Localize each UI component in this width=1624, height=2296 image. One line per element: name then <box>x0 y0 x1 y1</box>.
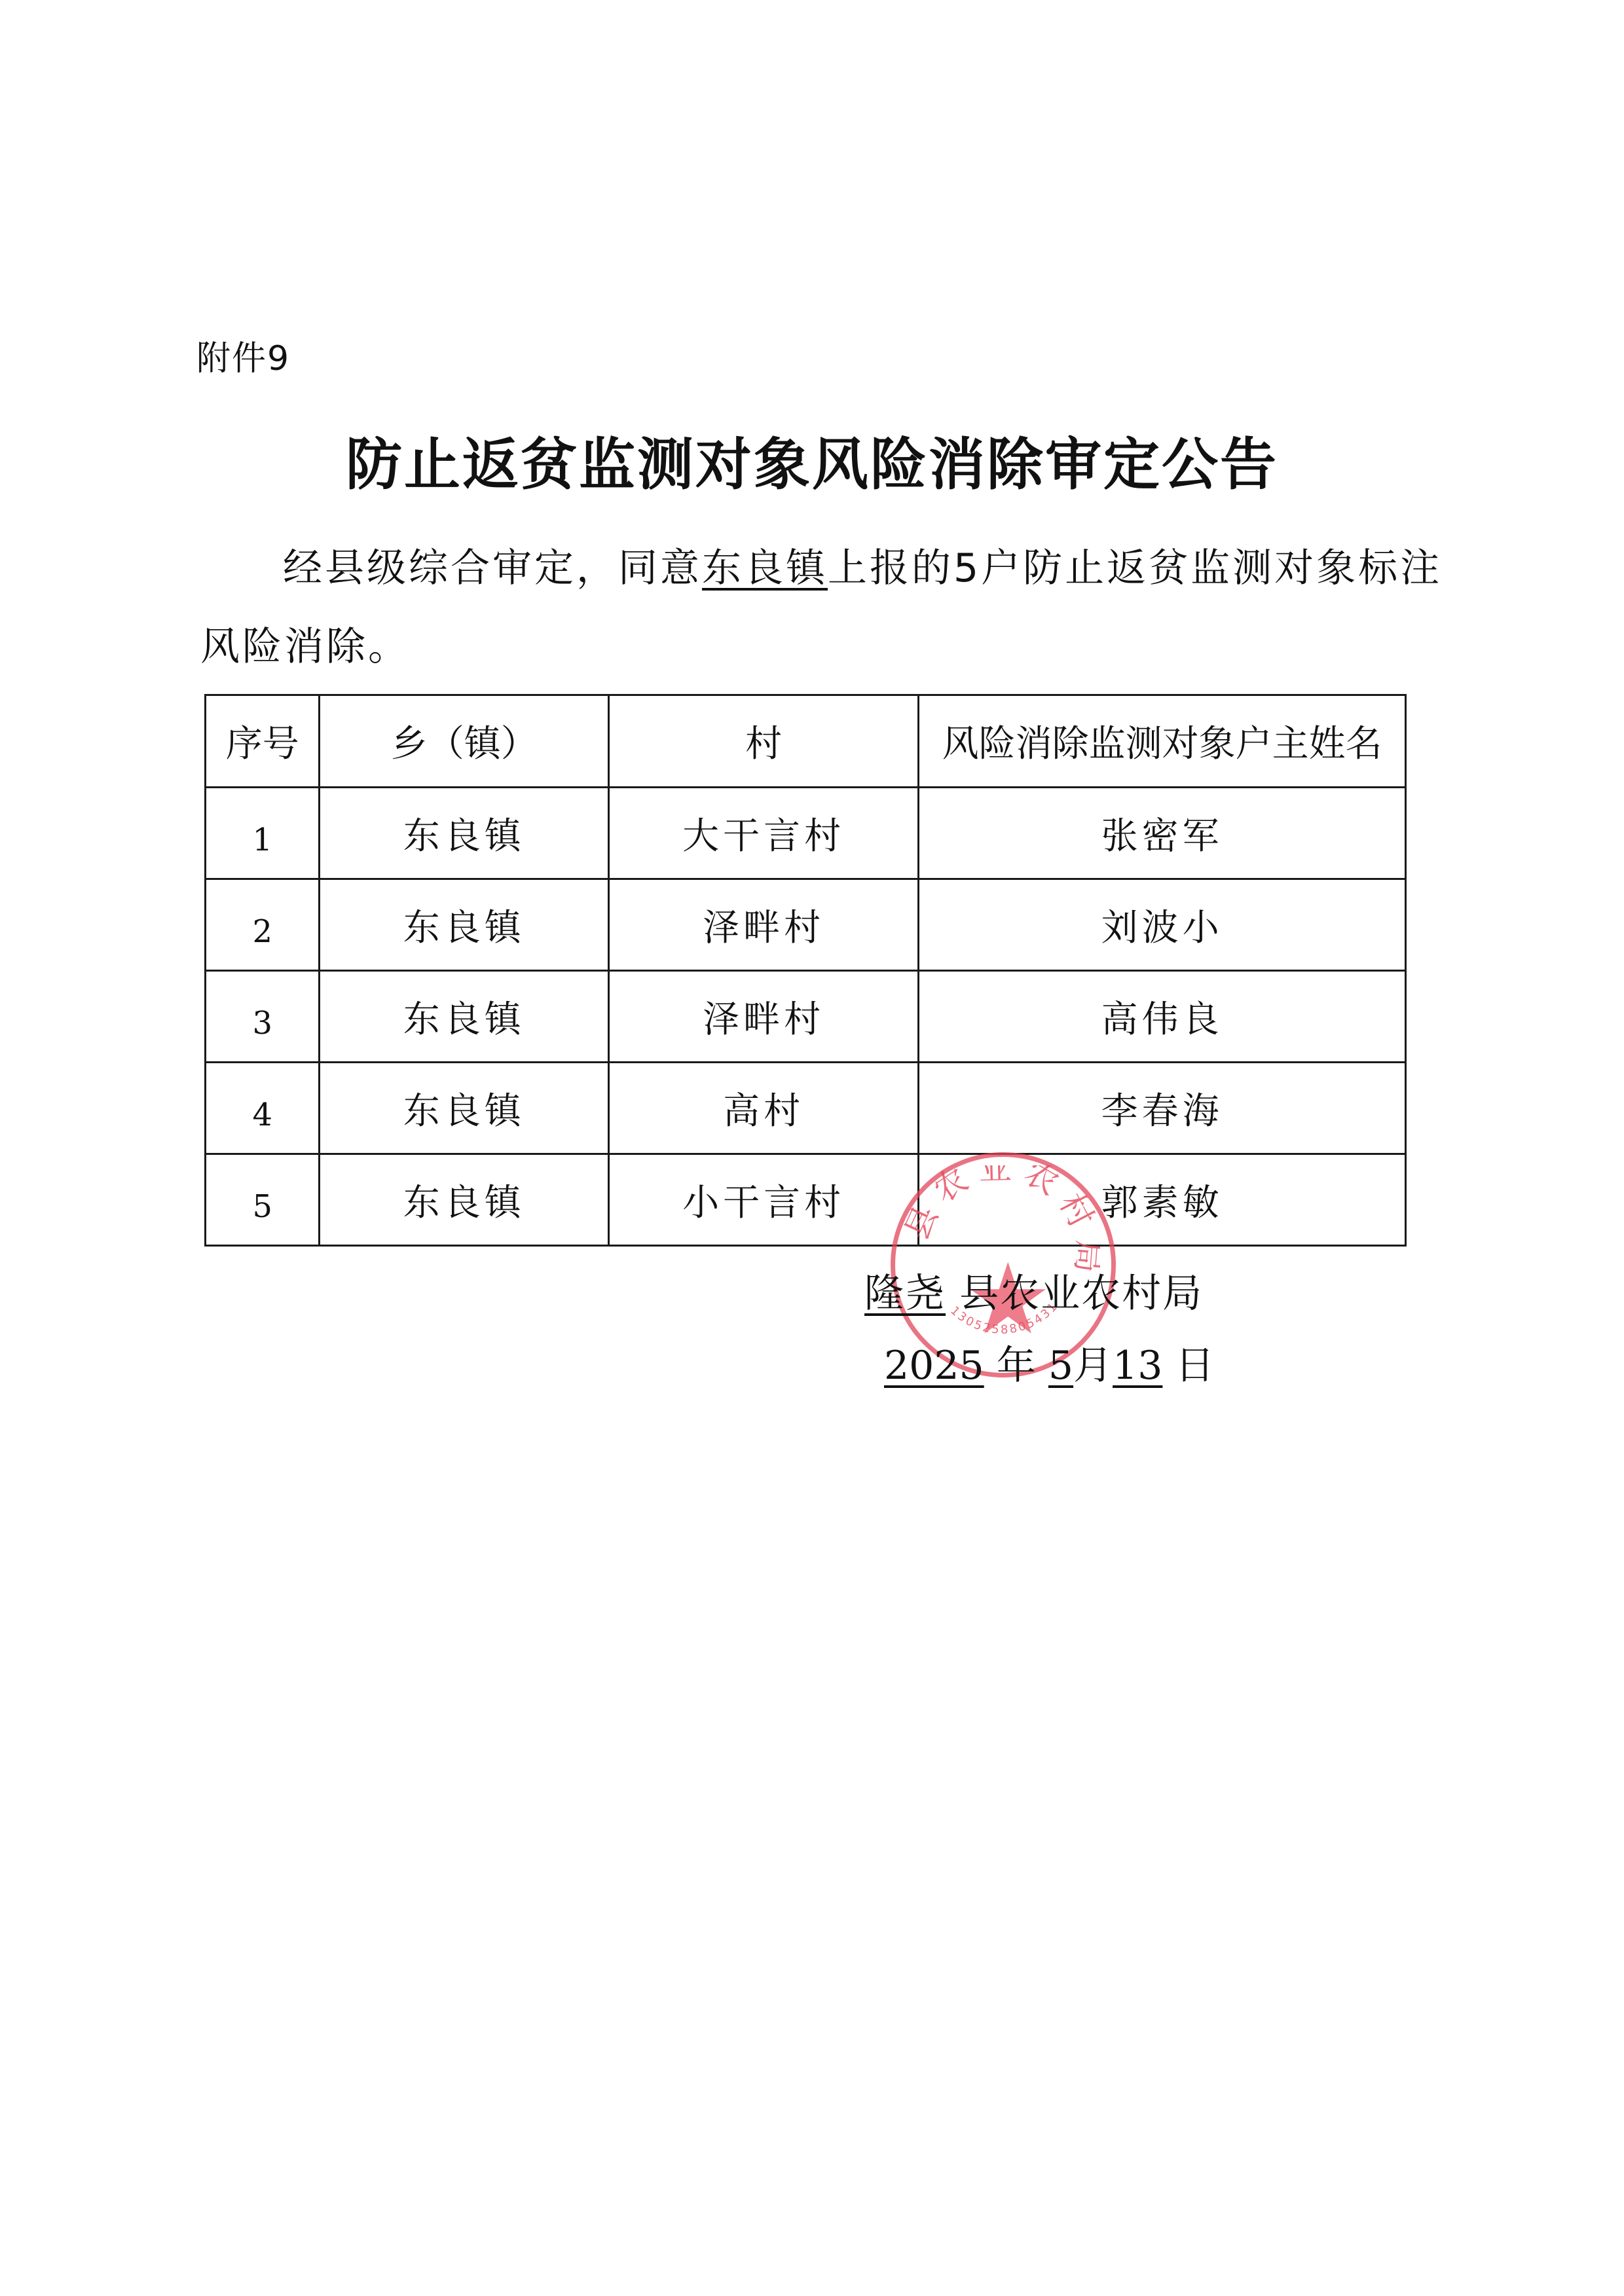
date-year-label: 年 <box>997 1343 1036 1389</box>
announcement-paragraph: 经县级综合审定，同意东良镇上报的5户防止返贫监测对象标注风险消除。 <box>200 529 1445 686</box>
table-row: 2 东良镇 泽畔村 刘波小 <box>206 879 1406 971</box>
date-day: 13 <box>1113 1343 1162 1389</box>
cell-no: 5 <box>206 1154 320 1246</box>
cell-no: 3 <box>206 971 320 1063</box>
document-title: 防止返贫监测对象风险消除审定公告 <box>0 419 1624 500</box>
attachment-label: 附件9 <box>196 331 290 380</box>
cell-town: 东良镇 <box>320 971 609 1063</box>
cell-town: 东良镇 <box>320 1154 609 1246</box>
paragraph-town: 东良镇 <box>702 545 828 591</box>
issuer-org: 县农业农村局 <box>959 1271 1203 1317</box>
issue-date: 2025 年 5月13 日 <box>884 1334 1214 1391</box>
cell-name: 张密军 <box>919 788 1406 879</box>
cell-name: 李春海 <box>919 1063 1406 1154</box>
cell-no: 2 <box>206 879 320 971</box>
cell-town: 东良镇 <box>320 879 609 971</box>
cell-no: 4 <box>206 1063 320 1154</box>
header-no: 序号 <box>206 695 320 788</box>
risk-elimination-table: 序号 乡（镇） 村 风险消除监测对象户主姓名 1 东良镇 大干言村 张密军 2 … <box>204 694 1407 1247</box>
issuer-signature: 隆尧 县农业农村局 <box>864 1262 1203 1319</box>
table-row: 5 东良镇 小干言村 郭素敏 <box>206 1154 1406 1246</box>
header-town: 乡（镇） <box>320 695 609 788</box>
cell-no: 1 <box>206 788 320 879</box>
cell-village: 泽畔村 <box>609 879 919 971</box>
cell-town: 东良镇 <box>320 1063 609 1154</box>
cell-village: 小干言村 <box>609 1154 919 1246</box>
issuer-county: 隆尧 <box>864 1271 946 1317</box>
cell-village: 泽畔村 <box>609 971 919 1063</box>
paragraph-prefix: 经县级综合审定，同意 <box>283 545 702 591</box>
header-householder: 风险消除监测对象户主姓名 <box>919 695 1406 788</box>
date-day-label: 日 <box>1175 1343 1214 1389</box>
cell-name: 高伟良 <box>919 971 1406 1063</box>
date-month-label: 月 <box>1073 1343 1113 1389</box>
table-header-row: 序号 乡（镇） 村 风险消除监测对象户主姓名 <box>206 695 1406 788</box>
header-village: 村 <box>609 695 919 788</box>
cell-village: 大干言村 <box>609 788 919 879</box>
table-row: 1 东良镇 大干言村 张密军 <box>206 788 1406 879</box>
cell-town: 东良镇 <box>320 788 609 879</box>
cell-village: 高村 <box>609 1063 919 1154</box>
date-year: 2025 <box>884 1343 984 1389</box>
cell-name: 刘波小 <box>919 879 1406 971</box>
date-month: 5 <box>1048 1343 1073 1389</box>
table-row: 3 东良镇 泽畔村 高伟良 <box>206 971 1406 1063</box>
table-row: 4 东良镇 高村 李春海 <box>206 1063 1406 1154</box>
